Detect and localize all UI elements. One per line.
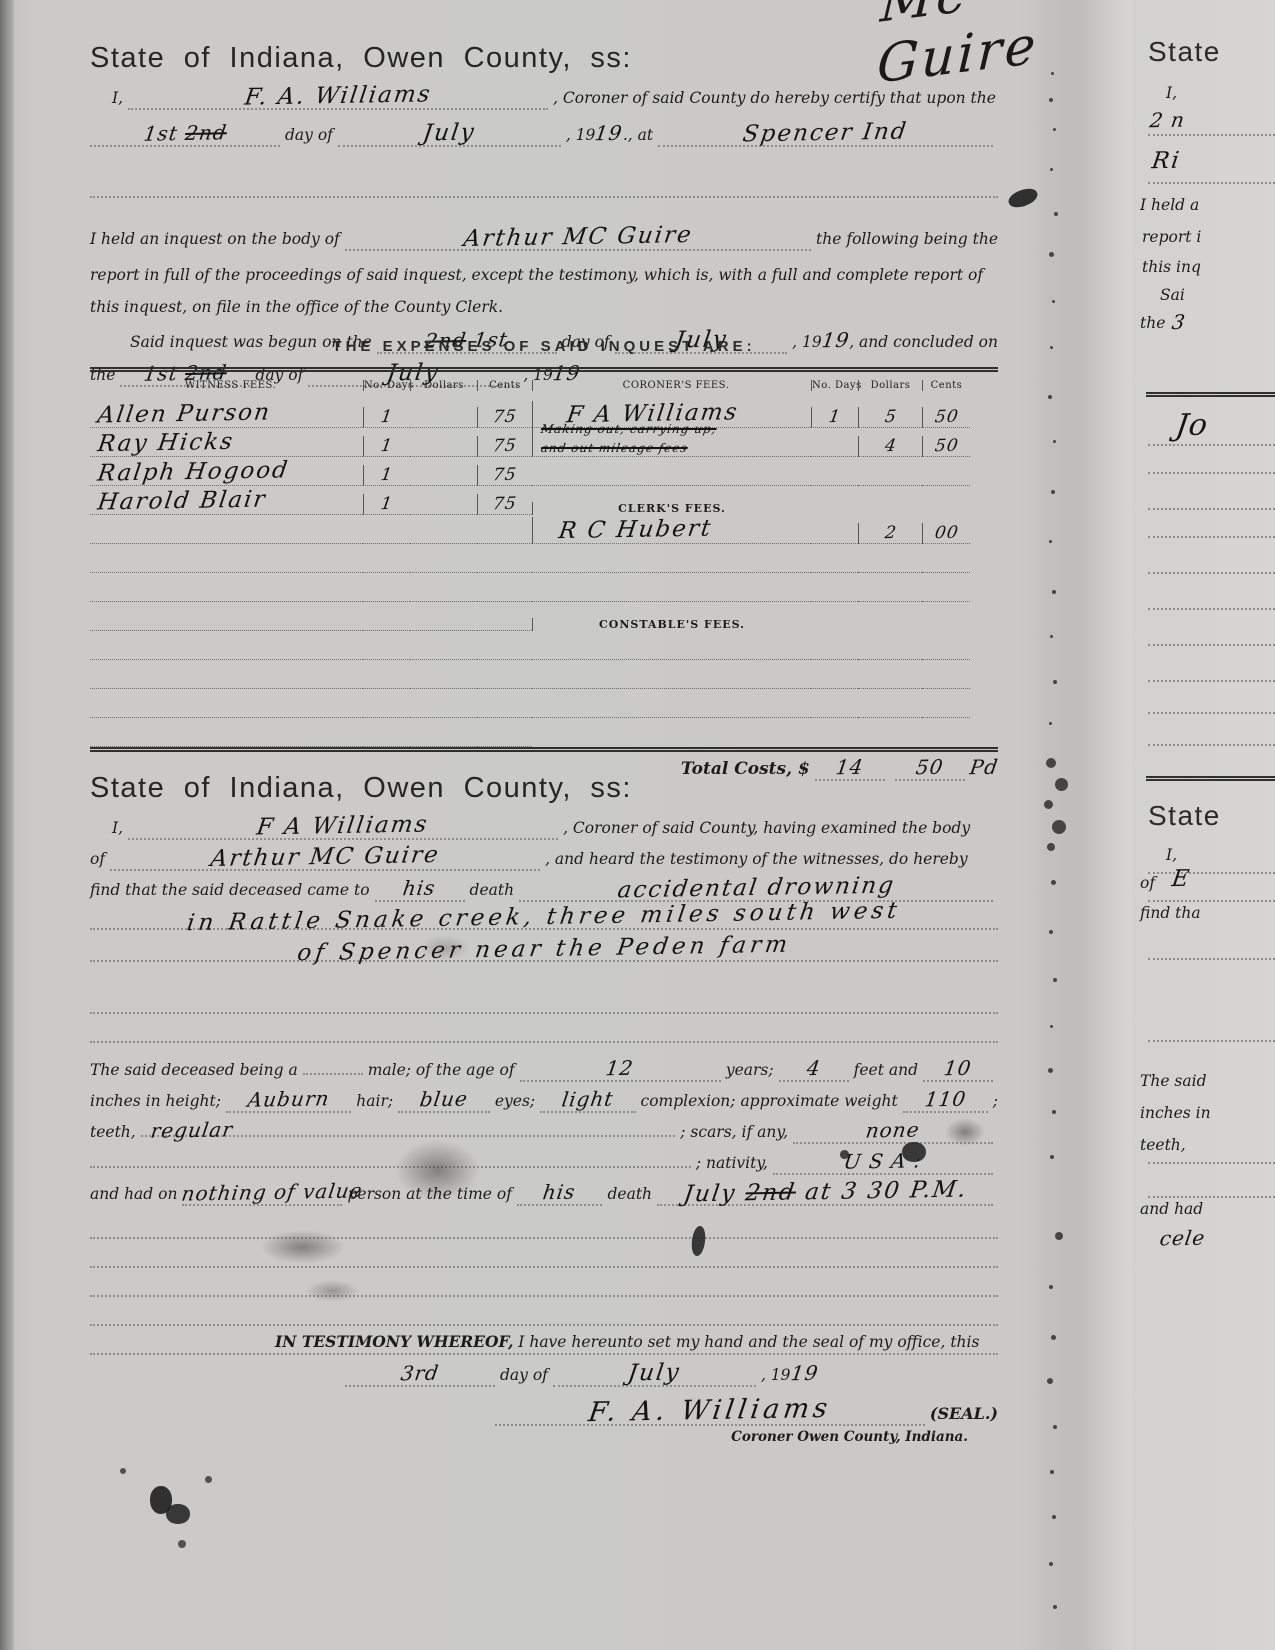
coroner-name-field: F A Williams xyxy=(128,815,558,840)
ink-speck xyxy=(1052,590,1056,594)
clerk-fees-heading: CLERK'S FEES. xyxy=(532,502,811,515)
section2-title: State of Indiana, Owen County, ss: xyxy=(90,772,998,805)
ink-speck xyxy=(1055,1232,1063,1240)
ink-speck xyxy=(1050,1025,1053,1028)
coroner-header-row: CORONER'S FEES. No. Days Dollars Cents xyxy=(532,372,970,399)
witness-name: Harold Blair xyxy=(96,487,268,516)
coroner-name-handwriting: F. A. Williams xyxy=(243,83,433,109)
ink-speck xyxy=(1053,680,1057,684)
ink-speck xyxy=(1049,1562,1053,1566)
i-label: I, xyxy=(90,813,123,844)
witness-cents: 75 xyxy=(492,494,519,514)
testimony-lead: IN TESTIMONY WHEREOF, xyxy=(275,1332,513,1351)
day-of-label: day of xyxy=(285,120,333,151)
col-dollars: Dollars xyxy=(858,380,922,391)
his-handwriting: his xyxy=(402,878,437,899)
frag-held: I held a xyxy=(1140,196,1199,214)
testimony-day-field: 3rd xyxy=(345,1363,495,1387)
frag-i-label: I, xyxy=(1166,84,1177,102)
frag-the: the xyxy=(1140,314,1165,332)
blank-row xyxy=(532,544,970,573)
frag-said: Sai xyxy=(1160,286,1185,304)
witness-name: Ralph Hogood xyxy=(96,457,291,486)
coroner-signature: F. A. Williams xyxy=(587,1395,833,1426)
testimony-day-of: day of xyxy=(500,1360,548,1391)
ink-speck xyxy=(1050,346,1053,349)
witness-days: 1 xyxy=(380,436,395,456)
witness-name: Allen Purson xyxy=(96,399,273,428)
his-field: his xyxy=(375,878,465,902)
fee-note-dollars: 4 xyxy=(883,436,898,456)
desc-l5a: and had on xyxy=(90,1179,177,1210)
death-date-field: July 2nd at 3 30 P.M. xyxy=(657,1181,993,1206)
testimony-day: 3rd xyxy=(399,1363,440,1384)
witness-row: Allen Purson 1 75 xyxy=(90,399,532,428)
certify-line-1: I, F. A. Williams , Coroner of said Coun… xyxy=(90,83,998,114)
day-field: 1st 2nd xyxy=(90,123,280,147)
inches-field: 10 xyxy=(923,1058,993,1082)
witness-days: 1 xyxy=(380,494,395,514)
testimony-year-pre: , 19 xyxy=(761,1360,791,1391)
frag-find: find tha xyxy=(1140,904,1201,922)
ink-speck xyxy=(1053,440,1056,443)
witness-cents: 75 xyxy=(492,465,519,485)
fee-note-line1: Making out, carrying up, xyxy=(540,423,717,435)
blank-row xyxy=(90,515,532,544)
had-on-field: nothing of value xyxy=(182,1182,342,1206)
blank-row xyxy=(90,573,532,602)
ink-speck xyxy=(1049,98,1053,102)
deceased-name-handwriting: Arthur MC Guire xyxy=(462,224,694,251)
constable-heading-row: CONSTABLE'S FEES. xyxy=(532,602,970,631)
ink-speck xyxy=(1047,1378,1053,1384)
ink-speck xyxy=(1049,722,1052,725)
death-time: at 3 30 P.M. xyxy=(803,1177,969,1206)
ink-blot xyxy=(840,1150,849,1159)
scan-edge xyxy=(0,0,14,1650)
his-field: his xyxy=(517,1182,603,1206)
day-struck: 2nd xyxy=(183,120,228,145)
blank-ruled-line xyxy=(90,1239,998,1268)
frag-title: State xyxy=(1148,36,1221,68)
ink-speck xyxy=(1054,212,1058,216)
death-label: death xyxy=(470,875,515,906)
ink-speck xyxy=(1049,252,1054,257)
blank-row xyxy=(90,544,532,573)
certify-rest: , Coroner of said County do hereby certi… xyxy=(553,83,996,114)
ink-speck xyxy=(1050,1470,1054,1474)
coroner-fee-cents: 50 xyxy=(933,407,960,427)
cause-line2-handwriting: in Rattle Snake creek, three miles south… xyxy=(186,900,903,935)
section1-title: State of Indiana, Owen County, ss: xyxy=(90,42,998,75)
blank-ruled-line xyxy=(90,1297,998,1326)
ink-speck xyxy=(1050,168,1053,171)
frag-handwriting: 2 n xyxy=(1148,108,1186,133)
verdict-section: State of Indiana, Owen County, ss: I, F … xyxy=(90,772,998,970)
verdict-line-1: I, F A Williams , Coroner of said County… xyxy=(90,813,998,844)
body-post: the following being the xyxy=(816,224,998,255)
desc-l1c: years; xyxy=(726,1055,774,1086)
complexion-field: light xyxy=(540,1089,635,1113)
coroner-name-field: F. A. Williams xyxy=(128,85,548,110)
desc-l5c: death xyxy=(607,1179,652,1210)
cause-line3-handwriting: of Spencer near the Peden farm xyxy=(296,934,793,966)
day-kept: 1st xyxy=(142,121,180,146)
frag-the-said: The said xyxy=(1140,1072,1207,1090)
place-field: Spencer Ind xyxy=(658,122,993,147)
expenses-section: THE EXPENSES OF SAID INQUEST ARE: WITNES… xyxy=(90,338,998,752)
description-line-3: teeth, regular ; scars, if any, none xyxy=(90,1117,998,1148)
testimony-date-line: 3rd day of July , 1919 xyxy=(90,1358,998,1391)
blank-row xyxy=(90,718,532,747)
pencil-smudge xyxy=(420,935,470,961)
clerk-heading-row: CLERK'S FEES. xyxy=(532,486,970,515)
blank-row xyxy=(532,457,970,486)
ink-speck xyxy=(1044,800,1053,809)
witness-row: Ralph Hogood 1 75 xyxy=(90,457,532,486)
table-top-rule xyxy=(1146,392,1275,397)
desc-l3a: teeth, xyxy=(90,1117,136,1148)
ink-speck xyxy=(1047,843,1055,851)
deceased-name-handwriting: Arthur MC Guire xyxy=(209,844,441,871)
frag-handwriting: E xyxy=(1170,866,1193,892)
cause-field: accidental drowning xyxy=(519,877,993,902)
year-pre: , 19 xyxy=(566,120,596,151)
weight-field: 110 xyxy=(903,1089,988,1113)
frag-report: report i xyxy=(1142,228,1201,246)
examined-rest: , Coroner of said County, having examine… xyxy=(563,813,970,844)
testimony-month-field: July xyxy=(553,1362,756,1387)
blank-row xyxy=(532,689,970,718)
desc-l2a: inches in height; xyxy=(90,1086,221,1117)
frag-inches: inches in xyxy=(1140,1104,1211,1122)
page-fold-gutter xyxy=(1036,0,1132,1650)
signature-field: F. A. Williams xyxy=(495,1397,925,1426)
coroner-fee-days: 1 xyxy=(828,407,843,427)
pencil-smudge xyxy=(945,1118,985,1146)
testimony-line: IN TESTIMONY WHEREOF, I have hereunto se… xyxy=(90,1326,998,1358)
ink-speck xyxy=(1049,540,1052,543)
testimony-section: IN TESTIMONY WHEREOF, I have hereunto se… xyxy=(90,1326,998,1445)
col-cents: Cents xyxy=(922,380,970,391)
his-handwriting: his xyxy=(542,1182,577,1203)
inquest-body-line-2: report in full of the proceedings of sai… xyxy=(90,258,998,292)
ink-speck xyxy=(1051,1335,1056,1340)
heard-rest: , and heard the testimony of the witness… xyxy=(545,844,968,875)
ink-speck xyxy=(1051,72,1054,75)
ink-speck xyxy=(1053,1605,1057,1609)
verdict-line-5: of Spencer near the Peden farm xyxy=(90,938,998,970)
blank-row xyxy=(90,631,532,660)
death-day-struck: 2nd xyxy=(743,1180,797,1207)
witness-cents: 75 xyxy=(492,436,519,456)
ink-speck xyxy=(1052,820,1066,834)
clerk-dollars: 2 xyxy=(883,523,898,543)
frag-and-had: and had xyxy=(1140,1200,1203,1218)
clerk-cents: 00 xyxy=(933,523,960,543)
ink-speck xyxy=(1051,490,1055,494)
ink-speck xyxy=(178,1540,186,1548)
at-label: ., at xyxy=(623,120,653,151)
description-line-5: and had on nothing of value person at th… xyxy=(90,1179,998,1210)
hair-field: Auburn xyxy=(226,1089,351,1113)
witness-days: 1 xyxy=(380,465,395,485)
col-dollars: Dollars xyxy=(410,380,477,391)
inquest-body-line-3: this inquest, on file in the office of t… xyxy=(90,292,998,323)
hair-handwriting: Auburn xyxy=(246,1088,330,1109)
feet-handwriting: 4 xyxy=(805,1058,822,1078)
blank-row xyxy=(532,631,970,660)
blank-ruled-line xyxy=(90,985,998,1014)
signature-line: F. A. Williams (SEAL.) xyxy=(90,1397,998,1429)
verdict-line-2: of Arthur MC Guire , and heard the testi… xyxy=(90,844,998,875)
desc-l1b: male; of the age of xyxy=(368,1055,515,1086)
ink-speck xyxy=(1052,300,1055,303)
clerk-fee-row: R C Hubert 2 00 xyxy=(532,515,970,544)
witness-name: Ray Hicks xyxy=(96,429,236,457)
witness-row: Harold Blair 1 75 xyxy=(90,486,532,515)
age-handwriting: 12 xyxy=(605,1058,635,1078)
eyes-handwriting: blue xyxy=(419,1089,470,1110)
col-cents: Cents xyxy=(477,380,532,391)
death-month: July xyxy=(681,1181,737,1208)
witness-cents: 75 xyxy=(492,407,519,427)
i-label: I, xyxy=(90,83,123,114)
coroner-fee-dollars: 5 xyxy=(883,407,898,427)
clerk-name: R C Hubert xyxy=(539,516,714,545)
blank-row xyxy=(532,660,970,689)
ink-speck xyxy=(1051,880,1056,885)
witness-header-row: WITNESS FEES. No. Days Dollars Cents xyxy=(90,372,532,399)
year-handwriting: 19 xyxy=(593,118,625,149)
frag-inquest: this inq xyxy=(1142,258,1201,276)
weight-handwriting: 110 xyxy=(923,1089,967,1110)
blank-row xyxy=(532,573,970,602)
ink-speck xyxy=(1049,930,1053,934)
verdict-line-4: in Rattle Snake creek, three miles south… xyxy=(90,906,998,938)
frag-handwriting: Jo xyxy=(1173,408,1210,444)
scars-handwriting: none xyxy=(865,1120,922,1141)
constable-fees-heading: CONSTABLE'S FEES. xyxy=(532,618,811,631)
witness-row: Ray Hicks 1 75 xyxy=(90,428,532,457)
blank-row xyxy=(90,660,532,689)
blank-row xyxy=(90,602,532,631)
frag-teeth: teeth, xyxy=(1140,1136,1186,1154)
expenses-heading: THE EXPENSES OF SAID INQUEST ARE: xyxy=(90,338,998,355)
ink-blot xyxy=(902,1142,926,1162)
scanned-document: Mc Guire State of Indiana, Owen County, … xyxy=(0,0,1275,1650)
coroner-fees-column: CORONER'S FEES. No. Days Dollars Cents F… xyxy=(532,372,970,747)
witness-fees-column: WITNESS FEES. No. Days Dollars Cents All… xyxy=(90,372,532,747)
teeth-field: regular xyxy=(141,1120,676,1137)
nativity-field: U S A : xyxy=(773,1151,993,1175)
frag-handwriting: 3 xyxy=(1170,310,1187,334)
ink-speck xyxy=(1050,635,1053,638)
feet-field: 4 xyxy=(779,1058,849,1082)
blank-ruled-line xyxy=(90,169,998,198)
frag-i-label-2: I, xyxy=(1166,846,1177,864)
testimony-month: July xyxy=(627,1362,683,1386)
coroner-name-handwriting: F A Williams xyxy=(256,814,431,840)
pencil-smudge xyxy=(305,1280,360,1302)
frag-handwriting: Ri xyxy=(1150,148,1182,174)
testimony-year: 19 xyxy=(788,1358,820,1389)
frag-of: of xyxy=(1140,874,1155,892)
ink-speck xyxy=(1052,1515,1056,1519)
description-line-2: inches in height; Auburn hair; blue eyes… xyxy=(90,1086,998,1117)
frag-handwriting: cele xyxy=(1158,1226,1207,1251)
desc-l2e: ; xyxy=(993,1086,998,1117)
blank-ruled-line xyxy=(90,1210,998,1239)
pencil-smudge xyxy=(395,1140,480,1200)
age-field: 12 xyxy=(520,1058,721,1082)
coroner-title-line: Coroner Owen County, Indiana. xyxy=(90,1429,998,1445)
blank-ruled-line xyxy=(1148,134,1275,136)
col-no-days: No. Days xyxy=(363,380,410,391)
ink-speck xyxy=(1053,978,1057,982)
ink-speck xyxy=(1053,1425,1057,1429)
ink-speck xyxy=(1050,1155,1054,1159)
ink-speck xyxy=(1049,1285,1053,1289)
inquest-body-line-1: I held an inquest on the body of Arthur … xyxy=(90,224,998,255)
eyes-field: blue xyxy=(398,1089,490,1113)
pencil-smudge xyxy=(260,1230,345,1264)
coroner-fee-note-row: Making out, carrying up, and out mileage… xyxy=(532,428,970,457)
table-bottom-rule xyxy=(1146,776,1275,781)
blank-ruled-line xyxy=(90,1014,998,1043)
ink-speck xyxy=(1048,1068,1053,1073)
description-section: The said deceased being a male; of the a… xyxy=(90,985,998,1355)
had-on-handwriting: nothing of value xyxy=(181,1180,365,1203)
month-handwriting: July xyxy=(421,122,477,146)
deceased-name-field: Arthur MC Guire xyxy=(345,226,811,251)
body-pre: I held an inquest on the body of xyxy=(90,224,340,255)
desc-l4a: ; nativity, xyxy=(696,1148,768,1179)
ink-speck xyxy=(1048,395,1052,399)
blank-ruled-line xyxy=(90,1268,998,1297)
ink-speck xyxy=(1046,758,1056,768)
desc-l2d: complexion; approximate weight xyxy=(641,1086,898,1117)
ink-speck xyxy=(1053,128,1056,131)
adjacent-page-fragment: State I, 2 n Ri I held a report i this i… xyxy=(1132,0,1275,1650)
complexion-handwriting: light xyxy=(561,1089,615,1110)
fee-note-cents: 50 xyxy=(933,436,960,456)
desc-l3b: ; scars, if any, xyxy=(680,1117,788,1148)
description-line-1: The said deceased being a male; of the a… xyxy=(90,1055,998,1086)
desc-l1a: The said deceased being a xyxy=(90,1055,298,1086)
of-label: of xyxy=(90,844,105,875)
ink-speck xyxy=(120,1468,126,1474)
deceased-name-field: Arthur MC Guire xyxy=(110,846,540,871)
find-pre: find that the said deceased came to xyxy=(90,875,370,906)
expenses-table: WITNESS FEES. No. Days Dollars Cents All… xyxy=(90,367,998,752)
ink-speck xyxy=(205,1476,212,1483)
witness-days: 1 xyxy=(380,407,395,427)
frag-title-2: State xyxy=(1148,800,1221,832)
coroner-inquest-page: Mc Guire State of Indiana, Owen County, … xyxy=(14,0,1036,1650)
desc-l2c: eyes; xyxy=(495,1086,535,1117)
seal-label: (SEAL.) xyxy=(930,1398,998,1429)
teeth-handwriting: regular xyxy=(149,1119,234,1140)
ink-speck xyxy=(1055,778,1068,791)
place-handwriting: Spencer Ind xyxy=(742,121,910,147)
blank-row xyxy=(90,689,532,718)
col-no-days: No. Days xyxy=(811,380,858,391)
testimony-rest: I have hereunto set my hand and the seal… xyxy=(518,1333,979,1351)
inches-handwriting: 10 xyxy=(943,1058,973,1078)
col-witness-fees: WITNESS FEES. xyxy=(90,380,363,391)
certify-line-2: 1st 2nd day of July , 1919., at Spencer … xyxy=(90,118,998,151)
ink-blot xyxy=(166,1504,190,1524)
col-coroner-fees: CORONER'S FEES. xyxy=(532,380,811,391)
month-field: July xyxy=(338,122,561,147)
desc-l1d: feet and xyxy=(854,1055,918,1086)
fee-note-line2: and out mileage fees xyxy=(540,442,689,454)
desc-l2b: hair; xyxy=(356,1086,393,1117)
blank-ruled-line xyxy=(1148,182,1275,184)
description-line-4: ; nativity, U S A : xyxy=(90,1148,998,1179)
ink-speck xyxy=(1052,1110,1056,1114)
